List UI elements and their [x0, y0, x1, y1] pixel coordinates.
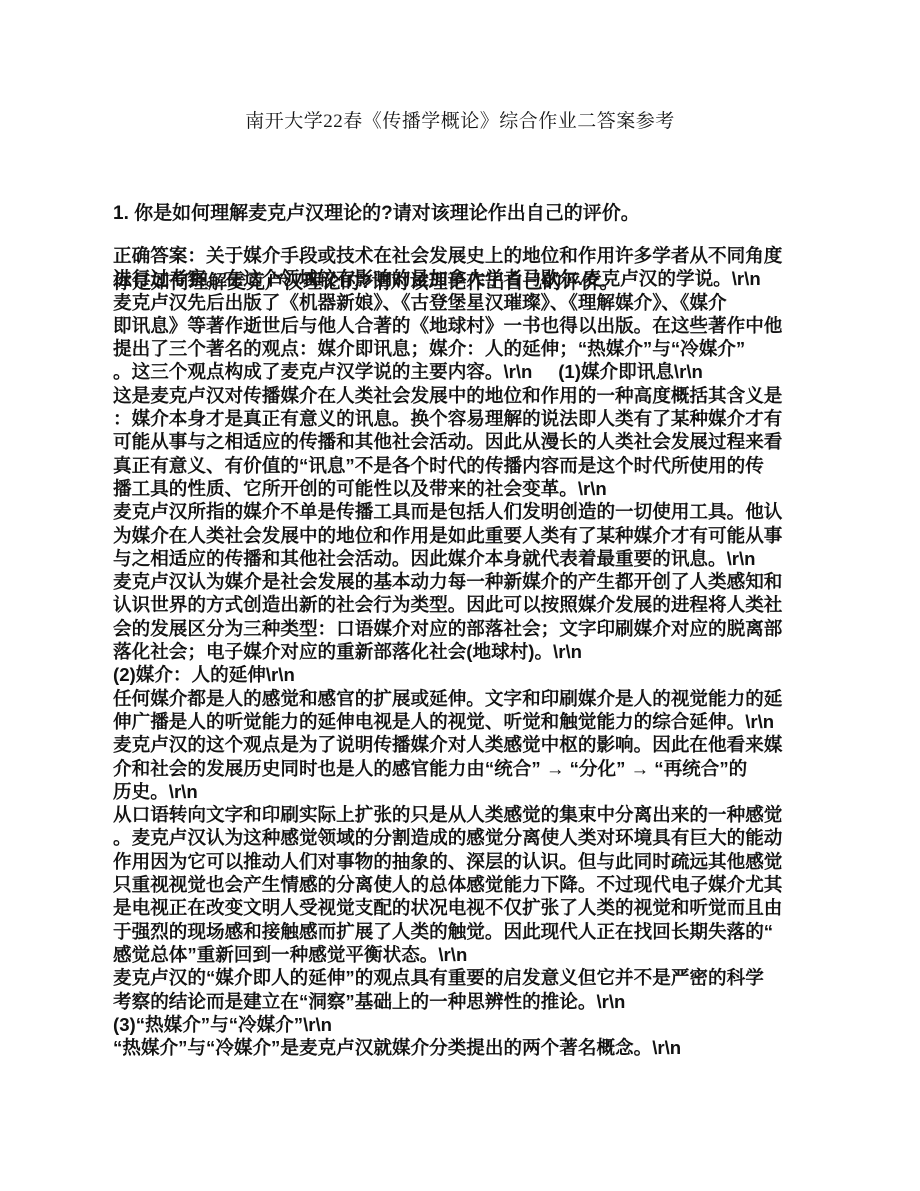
answer-line: 作用因为它可以推动人们对事物的抽象的、深层的认识。但与此同时疏远其他感觉	[113, 850, 813, 873]
answer-line: 麦克卢汉认为媒介是社会发展的基本动力每一种新媒介的产生都开创了人类感知和	[113, 570, 813, 593]
answer-line: 即讯息》等著作逝世后与他人合著的《地球村》一书也得以出版。在这些著作中他	[113, 314, 813, 337]
answer-line: (2)媒介：人的延伸\r\n	[113, 663, 813, 686]
answer-line: 只重视视觉也会产生情感的分离使人的总体感觉能力下降。不过现代电子媒介尤其	[113, 873, 813, 896]
answer-line: 于强烈的现场感和接触感而扩展了人类的触觉。因此现代人正在找回长期失落的“	[113, 920, 813, 943]
question-line-numbered: 1. 你是如何理解麦克卢汉理论的?请对该理论作出自己的评价。	[113, 202, 640, 225]
answer-block: 正确答案：关于媒介手段或技术在社会发展史上的地位和作用许多学者从不同角度进行过考…	[113, 244, 813, 1059]
answer-line: 为媒介在人类社会发展中的地位和作用是如此重要人类有了某种媒介才有可能从事	[113, 524, 813, 547]
answer-line: (3)“热媒介”与“冷媒介”\r\n	[113, 1013, 813, 1036]
answer-line: “热媒介”与“冷媒介”是麦克卢汉就媒介分类提出的两个著名概念。\r\n	[113, 1036, 813, 1059]
answer-line: 感觉总体”重新回到一种感觉平衡状态。\r\n	[113, 943, 813, 966]
answer-line: 播工具的性质、它所开创的可能性以及带来的社会变革。\r\n	[113, 477, 813, 500]
answer-line: 历史。\r\n	[113, 780, 813, 803]
answer-line: 正确答案：关于媒介手段或技术在社会发展史上的地位和作用许多学者从不同角度	[113, 244, 813, 267]
page-title: 南开大学22春《传播学概论》综合作业二答案参考	[0, 106, 920, 133]
answer-line: 是电视正在改变文明人受视觉支配的状况电视不仅扩张了人类的视觉和听觉而且由	[113, 896, 813, 919]
answer-line: 与之相适应的传播和其他社会活动。因此媒介本身就代表着最重要的讯息。\r\n	[113, 547, 813, 570]
answer-line: 麦克卢汉先后出版了《机器新娘》、《古登堡星汉璀璨》、《理解媒介》、《媒介	[113, 291, 813, 314]
answer-line: 真正有意义、有价值的“讯息”不是各个时代的传播内容而是这个时代所使用的传	[113, 454, 813, 477]
answer-line: 认识世界的方式创造出新的社会行为类型。因此可以按照媒介发展的进程将人类社	[113, 593, 813, 616]
answer-line: 从口语转向文字和印刷实际上扩张的只是从人类感觉的集束中分离出来的一种感觉	[113, 803, 813, 826]
answer-line: 落化社会；电子媒介对应的重新部落化社会(地球村)。\r\n	[113, 640, 813, 663]
answer-line: 伸广播是人的听觉能力的延伸电视是人的视觉、听觉和触觉能力的综合延伸。\r\n	[113, 710, 813, 733]
answer-line: 。这三个观点构成了麦克卢汉学说的主要内容。\r\n (1)媒介即讯息\r\n	[113, 360, 813, 383]
answer-line: ：媒介本身才是真正有意义的讯息。换个容易理解的说法即人类有了某种媒介才有	[113, 407, 813, 430]
answer-line: 考察的结论而是建立在“洞察”基础上的一种思辨性的推论。\r\n	[113, 990, 813, 1013]
answer-line: 这是麦克卢汉对传播媒介在人类社会发展中的地位和作用的一种高度概括其含义是	[113, 384, 813, 407]
answer-line: 任何媒介都是人的感觉和感官的扩展或延伸。文字和印刷媒介是人的视觉能力的延	[113, 687, 813, 710]
answer-line: 进行过考察。在这个领域较有影响的是加拿大学者马歇尔.麦克卢汉的学说。\r\n	[113, 267, 813, 290]
answer-line: 会的发展区分为三种类型：口语媒介对应的部落社会；文字印刷媒介对应的脱离部	[113, 617, 813, 640]
answer-line: 提出了三个著名的观点：媒介即讯息；媒介：人的延伸；“热媒介”与“冷媒介”	[113, 337, 813, 360]
answer-line: 可能从事与之相适应的传播和其他社会活动。因此从漫长的人类社会发展过程来看	[113, 430, 813, 453]
answer-line: 介和社会的发展历史同时也是人的感官能力由“统合” → “分化” → “再统合”的	[113, 757, 813, 780]
answer-line: 麦克卢汉的“媒介即人的延伸”的观点具有重要的启发意义但它并不是严密的科学	[113, 966, 813, 989]
answer-line: 。麦克卢汉认为这种感觉领域的分割造成的感觉分离使人类对环境具有巨大的能动	[113, 826, 813, 849]
answer-line: 麦克卢汉的这个观点是为了说明传播媒介对人类感觉中枢的影响。因此在他看来媒	[113, 733, 813, 756]
answer-line: 麦克卢汉所指的媒介不单是传播工具而是包括人们发明创造的一切使用工具。他认	[113, 500, 813, 523]
